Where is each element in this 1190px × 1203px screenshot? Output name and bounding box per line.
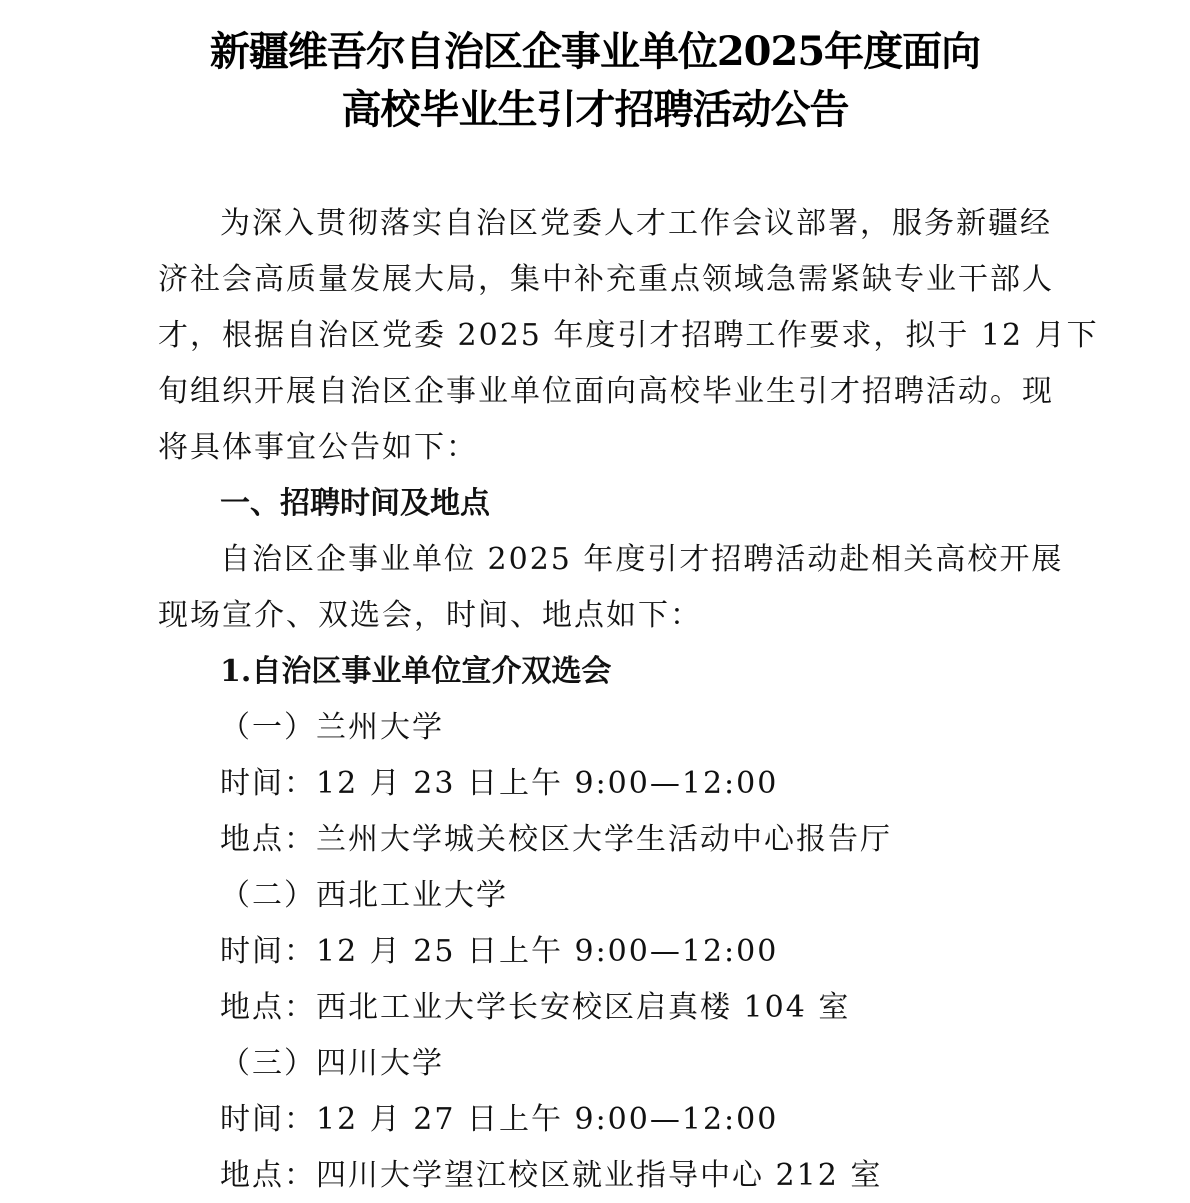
venue-time: 时间：12 月 27 日上午 9:00—12:00 [220, 1100, 778, 1140]
venue-name: （二）西北工业大学 [220, 876, 508, 916]
intro-line-1: 为深入贯彻落实自治区党委人才工作会议部署，服务新疆经 [220, 204, 1052, 244]
document-title-line-2: 高校毕业生引才招聘活动公告 [0, 82, 1190, 138]
intro-line-5: 将具体事宜公告如下： [158, 428, 478, 468]
venue-name: （三）四川大学 [220, 1044, 444, 1084]
venue-time: 时间：12 月 25 日上午 9:00—12:00 [220, 932, 778, 972]
venue-place: 地点：兰州大学城关校区大学生活动中心报告厅 [220, 820, 892, 860]
document-title-line-1: 新疆维吾尔自治区企事业单位2025年度面向 [0, 24, 1190, 80]
intro-line-2: 济社会高质量发展大局，集中补充重点领域急需紧缺专业干部人 [158, 260, 1038, 300]
venue-time: 时间：12 月 23 日上午 9:00—12:00 [220, 764, 778, 804]
intro-line-3: 才，根据自治区党委 2025 年度引才招聘工作要求，拟于 12 月下 [158, 316, 1038, 356]
venue-place: 地点：四川大学望江校区就业指导中心 212 室 [220, 1156, 882, 1196]
section-line-1: 自治区企事业单位 2025 年度引才招聘活动赴相关高校开展 [220, 540, 1063, 580]
intro-line-4: 旬组织开展自治区企事业单位面向高校毕业生引才招聘活动。现 [158, 372, 1038, 412]
section-heading: 一、招聘时间及地点 [220, 484, 490, 524]
subsection-heading: 1.自治区事业单位宣介双选会 [220, 652, 611, 692]
section-line-2: 现场宣介、双选会，时间、地点如下： [158, 596, 702, 636]
venue-place: 地点：西北工业大学长安校区启真楼 104 室 [220, 988, 850, 1028]
venue-name: （一）兰州大学 [220, 708, 444, 748]
